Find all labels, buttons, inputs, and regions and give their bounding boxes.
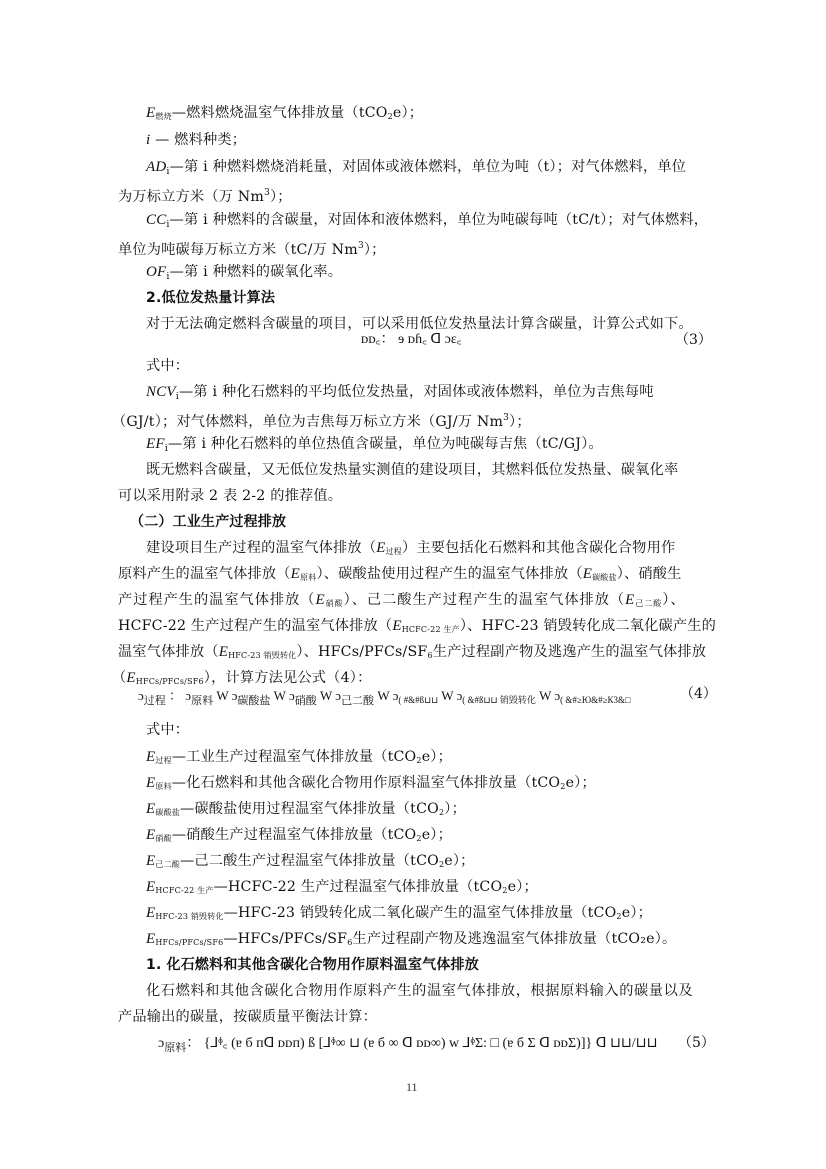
symbol: E xyxy=(146,775,155,791)
symbol: E xyxy=(392,618,401,634)
subscript: HFC-23 销毁转化 xyxy=(228,651,296,660)
text: 产过程产生的温室气体排放（ xyxy=(118,592,315,608)
def-e-carbonate: E碳酸盐—碳酸盐使用过程温室气体排放量（tCO2）； xyxy=(146,799,738,823)
def-tail: e）； xyxy=(508,879,538,895)
subscript: 燃烧 xyxy=(155,112,171,121)
symbol: E xyxy=(146,931,155,947)
def-tail: e）； xyxy=(422,749,452,765)
text: ）主要包括化石燃料和其他含碳化合物用作 xyxy=(402,540,675,556)
def-text: —碳酸盐使用过程温室气体排放量（tCO xyxy=(180,801,439,817)
eq-subscript: ( #&#ß⊔⊔ xyxy=(398,695,438,705)
symbol: E xyxy=(146,853,155,869)
para-line-5: 温室气体排放（EHFC-23 销毁转化）、HFCs/PFCs/SF6生产过程副产… xyxy=(118,642,710,666)
def-ncv-cont: （GJ/t）；对气体燃料，单位为吉焦每万标立方米（GJ/万 Nm3）； xyxy=(112,408,704,432)
def-tail: ）； xyxy=(270,189,292,205)
text: （ xyxy=(112,670,126,686)
text: HCFC-22 生产过程产生的温室气体排放（ xyxy=(118,618,392,634)
text: ）、 xyxy=(662,592,685,608)
symbol: E xyxy=(625,592,635,608)
def-text: —第 i 种化石燃料的平均低位发热量，对固体或液体燃料，单位为吉焦每吨 xyxy=(179,384,654,400)
def-e-process: E过程—工业生产过程温室气体排放量（tCO2e）； xyxy=(146,747,738,771)
subscript: 硝酸 xyxy=(326,599,344,608)
symbol: E xyxy=(583,566,592,582)
subscript: HCFC-22 生产 xyxy=(402,625,460,634)
subscript: 原料 xyxy=(300,573,316,582)
symbol: EF xyxy=(146,436,165,452)
def-e-hfcs-pfcs-sf6: EHFCs/PFCs/SF6—HFCs/PFCs/SF6生产过程副产物及逃逸温室… xyxy=(146,929,738,953)
def-ncv: NCVi—第 i 种化石燃料的平均低位发热量，对固体或液体燃料，单位为吉焦每吨 xyxy=(146,382,710,407)
def-text: —第 i 种燃料的含碳量，对固体和液体燃料，单位为吨碳每吨（tC/t）；对气体燃… xyxy=(170,212,708,228)
def-text: 为万标立方米（万 Nm xyxy=(118,189,264,205)
text: 生产过程副产物及逃逸产生的温室气体排放 xyxy=(433,644,706,660)
note-line-1: 既无燃料含碳量，又无低位发热量实测值的建设项目，其燃料低位发热量、碳氧化率 xyxy=(146,460,738,480)
def-text: 单位为吨碳每万标立方米（tC/万 Nm xyxy=(118,242,358,258)
def-text: —HCFC-22 生产过程温室气体排放量（tCO xyxy=(214,879,503,895)
subscript: HFC-23 销毁转化 xyxy=(155,912,223,921)
def-tail: e）； xyxy=(422,827,452,843)
def-text: — 燃料种类； xyxy=(150,132,246,148)
section-heading-1: 1. 化石燃料和其他含碳化合物用作原料温室气体排放 xyxy=(146,955,738,975)
eq-op: W xyxy=(274,688,286,703)
def-text: —HFC-23 销毁转化成二氧化碳产生的温室气体排放量（tCO xyxy=(224,905,617,921)
def-ad-cont: 为万标立方米（万 Nm3）； xyxy=(118,183,710,207)
def-text: —HFCs/PFCs/SF xyxy=(223,931,347,947)
def-text: —第 i 种燃料燃烧消耗量，对固体或液体燃料，单位为吨（t）；对气体燃料，单位 xyxy=(170,159,687,175)
symbol: E xyxy=(376,540,385,556)
eq-subscript: 过程 xyxy=(144,695,166,707)
subscript: 过程 xyxy=(386,547,402,556)
eq-subscript: 碳酸盐 xyxy=(237,695,270,707)
def-text: —第 i 种燃料的碳氧化率。 xyxy=(170,264,342,280)
eq-subscript: ( &#ß⊔⊔ 销毁转化 xyxy=(462,695,536,705)
def-tail: e）； xyxy=(566,775,596,791)
equation-3-number: （3） xyxy=(675,330,712,350)
symbol: E xyxy=(146,905,155,921)
subscript: HCFC-22 生产 xyxy=(155,886,213,895)
section-1-para-line-2: 产品输出的碳量，按碳质量平衡法计算： xyxy=(118,1007,710,1027)
para-line-1: 建设项目生产过程的温室气体排放（E过程）主要包括化石燃料和其他含碳化合物用作 xyxy=(146,538,710,562)
eq-subscript: 原料 xyxy=(164,1042,186,1054)
def-tail: e）； xyxy=(393,105,423,121)
symbol: OF xyxy=(146,264,166,280)
eq-op: W xyxy=(539,688,551,703)
eq-subscript: 硝酸 xyxy=(295,695,317,707)
text: ）、碳酸盐使用过程产生的温室气体排放（ xyxy=(316,566,582,582)
note-line-2: 可以采用附录 2 表 2-2 的推荐值。 xyxy=(118,486,710,506)
equation-5-number: （5） xyxy=(678,1033,715,1053)
def-e-adipic-acid: E己二酸—己二酸生产过程温室气体排放量（tCO2e）； xyxy=(146,851,738,875)
text: 原料产生的温室气体排放（ xyxy=(118,566,291,582)
subscript: 原料 xyxy=(155,782,171,791)
text: ）、硝酸生 xyxy=(617,566,682,582)
def-text: —燃料燃烧温室气体排放量（tCO xyxy=(172,105,388,121)
def-tail: 生产过程副产物及逃逸温室气体排放量（tCO₂e）。 xyxy=(353,931,677,947)
symbol: E xyxy=(146,749,155,765)
subscript: 过程 xyxy=(155,756,171,765)
def-tail: e）； xyxy=(622,905,652,921)
def-tail: ）； xyxy=(364,242,386,258)
text: ），计算方法见公式（4）： xyxy=(204,670,372,686)
eq-op: W xyxy=(441,688,453,703)
def-tail: ）； xyxy=(444,801,466,817)
where-label-2: 式中： xyxy=(146,720,738,740)
text: ）、HFCs/PFCs/SF xyxy=(296,644,427,660)
def-ad: ADi—第 i 种燃料燃烧消耗量，对固体或液体燃料，单位为吨（t）；对气体燃料，… xyxy=(146,157,710,182)
symbol: AD xyxy=(146,159,166,175)
def-i: i — 燃料种类； xyxy=(146,130,738,150)
def-e-nitric-acid: E硝酸—硝酸生产过程温室气体排放量（tCO2e）； xyxy=(146,825,738,849)
def-of: OFi—第 i 种燃料的碳氧化率。 xyxy=(146,262,738,287)
subscript: 己二酸 xyxy=(155,860,180,869)
def-cc-cont: 单位为吨碳每万标立方米（tC/万 Nm3）； xyxy=(118,236,710,260)
subscript: 碳酸盐 xyxy=(592,573,617,582)
text: 建设项目生产过程的温室气体排放（ xyxy=(146,540,376,556)
eq-subscript: 原料 xyxy=(191,695,213,707)
text: 温室气体排放（ xyxy=(118,644,219,660)
symbol: E xyxy=(146,879,155,895)
document-page: E燃烧—燃料燃烧温室气体排放量（tCO2e）； i — 燃料种类； ADi—第 … xyxy=(0,0,826,1169)
symbol: E xyxy=(315,592,325,608)
section-heading-2: 2.低位发热量计算法 xyxy=(146,288,738,308)
symbol: E xyxy=(146,827,155,843)
subscript: 硝酸 xyxy=(155,834,171,843)
para-line-2: 原料产生的温室气体排放（E原料）、碳酸盐使用过程产生的温室气体排放（E碳酸盐）、… xyxy=(118,564,710,588)
eq-op: W xyxy=(320,688,332,703)
def-e-hcfc22: EHCFC-22 生产—HCFC-22 生产过程温室气体排放量（tCO2e）； xyxy=(146,877,738,901)
subscript: 碳酸盐 xyxy=(155,808,180,817)
symbol: E xyxy=(126,670,135,686)
equation-4: ɔ过程 ： ɔ原料 W ɔ碳酸盐 W ɔ硝酸 W ɔ己二酸 W ɔ( #&#ß⊔… xyxy=(138,686,630,711)
symbol: E xyxy=(291,566,300,582)
def-text: （GJ/t）；对气体燃料，单位为吉焦每万标立方米（GJ/万 Nm xyxy=(112,414,503,430)
def-e-combustion: E燃烧—燃料燃烧温室气体排放量（tCO2e）； xyxy=(146,103,738,127)
def-text: —第 i 种化石燃料的单位热值含碳量，单位为吨碳每吉焦（tC/GJ）。 xyxy=(168,436,603,452)
subscript: HFCs/PFCs/SF6 xyxy=(136,677,204,686)
equation-3: ᴅᴅ꜀： ɘ ᴅɦ꜀ ᗡ ɔɛ꜀ xyxy=(361,330,462,350)
def-tail: ）； xyxy=(509,414,531,430)
equation-5: ɔ原料： {⅃ᶲ꜀ (ɐ б ᴨᗡ ᴅᴅᴨ) ß [⅃ᶲ∞ ⊔ (ɐ б ∞ ᗡ… xyxy=(158,1034,658,1058)
where-label: 式中： xyxy=(146,356,738,376)
equation-4-number: （4） xyxy=(680,684,717,704)
symbol: E xyxy=(219,644,228,660)
symbol: E xyxy=(146,105,155,121)
eq-subscript: ( &#≥Ю&#≥К3&□ xyxy=(560,695,630,705)
section-1-para-line-1: 化石燃料和其他含碳化合物用作原料产生的温室气体排放，根据原料输入的碳量以及 xyxy=(146,981,710,1001)
def-tail: e）； xyxy=(444,853,474,869)
def-ef: EFi—第 i 种化石燃料的单位热值含碳量，单位为吨碳每吉焦（tC/GJ）。 xyxy=(146,434,738,459)
para-line-4: HCFC-22 生产过程产生的温室气体排放（EHCFC-22 生产）、HFC-2… xyxy=(118,616,710,640)
symbol: CC xyxy=(146,212,166,228)
page-number: 11 xyxy=(406,1080,418,1095)
def-e-feedstock: E原料—化石燃料和其他含碳化合物用作原料温室气体排放量（tCO2e）； xyxy=(146,773,738,797)
para-line-3: 产过程产生的温室气体排放（E硝酸）、己二酸生产过程产生的温室气体排放（E己二酸）… xyxy=(118,590,710,614)
eq-subscript: 己二酸 xyxy=(341,695,374,707)
eq-equals: ： xyxy=(169,688,182,703)
def-text: —化石燃料和其他含碳化合物用作原料温室气体排放量（tCO xyxy=(172,775,560,791)
symbol: NCV xyxy=(146,384,176,400)
def-text: —己二酸生产过程温室气体排放量（tCO xyxy=(180,853,439,869)
symbol: E xyxy=(146,801,155,817)
def-e-hfc23: EHFC-23 销毁转化—HFC-23 销毁转化成二氧化碳产生的温室气体排放量（… xyxy=(146,903,738,927)
text: ）、己二酸生产过程产生的温室气体排放（ xyxy=(344,592,625,608)
text: ）、HFC-23 销毁转化成二氧化碳产生的 xyxy=(460,618,716,634)
def-text: —工业生产过程温室气体排放量（tCO xyxy=(172,749,417,765)
eq-op: W xyxy=(377,688,389,703)
eq-body: ： {⅃ᶲ꜀ (ɐ б ᴨᗡ ᴅᴅᴨ) ß [⅃ᶲ∞ ⊔ (ɐ б ∞ ᗡ ᴅᴅ… xyxy=(186,1036,657,1051)
def-text: —硝酸生产过程温室气体排放量（tCO xyxy=(172,827,417,843)
def-cc: CCi—第 i 种燃料的含碳量，对固体和液体燃料，单位为吨碳每吨（tC/t）；对… xyxy=(146,210,710,235)
subscript: HFCs/PFCs/SF6 xyxy=(155,938,223,947)
section-heading-ii: （二）工业生产过程排放 xyxy=(130,512,722,532)
subscript: 己二酸 xyxy=(635,599,662,608)
eq-op: W xyxy=(216,688,228,703)
